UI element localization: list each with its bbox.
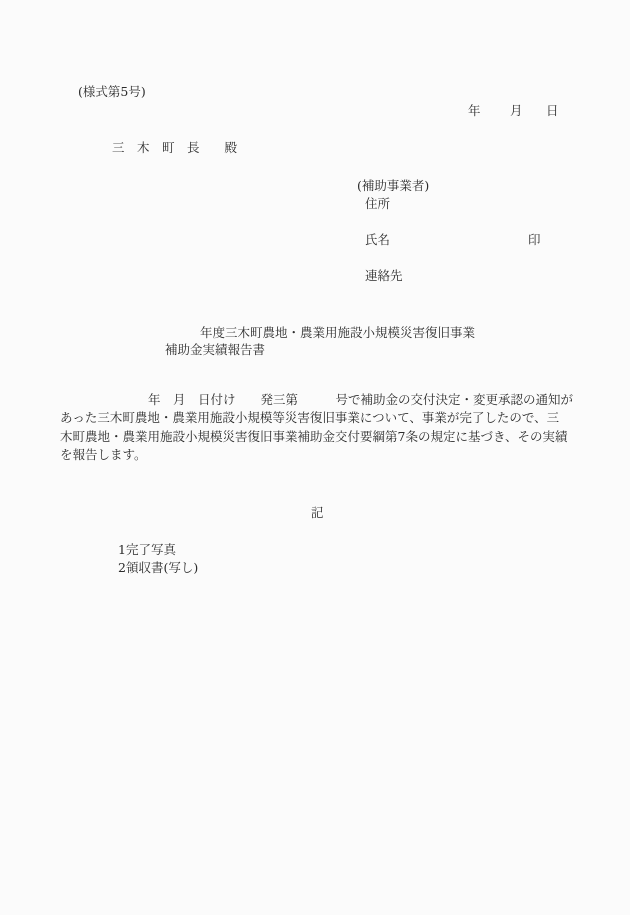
body-paragraph-line1: 年 月 日付け 発三第 号で補助金の交付決定・変更承認の通知が bbox=[148, 392, 573, 407]
applicant-name-label: 氏名 bbox=[365, 232, 390, 247]
date-month-label: 月 bbox=[510, 103, 523, 118]
date-year-label: 年 bbox=[468, 103, 481, 118]
document-page: (様式第5号) 年 月 日 三 木 町 長 殿 (補助事業者) 住所 氏名 印 … bbox=[0, 0, 630, 915]
attachment-item-completion-photo: 1完了写真 bbox=[118, 542, 176, 557]
addressee: 三 木 町 長 殿 bbox=[112, 140, 237, 155]
document-title-line1: 年度三木町農地・農業用施設小規模災害復旧事業 bbox=[200, 325, 475, 340]
applicant-contact-label: 連絡先 bbox=[365, 268, 403, 283]
body-paragraph-line2: あった三木町農地・農業用施設小規模等災害復旧事業について、事業が完了したので、三 bbox=[60, 410, 559, 425]
body-paragraph-line3: 木町農地・農業用施設小規模災害復旧事業補助金交付要綱第7条の規定に基づき、その実… bbox=[60, 429, 567, 444]
body-paragraph-line4: を報告します。 bbox=[60, 447, 147, 462]
form-number: (様式第5号) bbox=[78, 84, 146, 99]
attachment-item-receipt-copy: 2領収書(写し) bbox=[118, 560, 198, 575]
date-day-label: 日 bbox=[546, 103, 559, 118]
document-title-line2: 補助金実績報告書 bbox=[165, 342, 265, 357]
seal-label: 印 bbox=[528, 232, 541, 247]
notation-heading: 記 bbox=[311, 505, 324, 520]
applicant-address-label: 住所 bbox=[365, 196, 390, 211]
applicant-heading: (補助事業者) bbox=[357, 178, 429, 193]
